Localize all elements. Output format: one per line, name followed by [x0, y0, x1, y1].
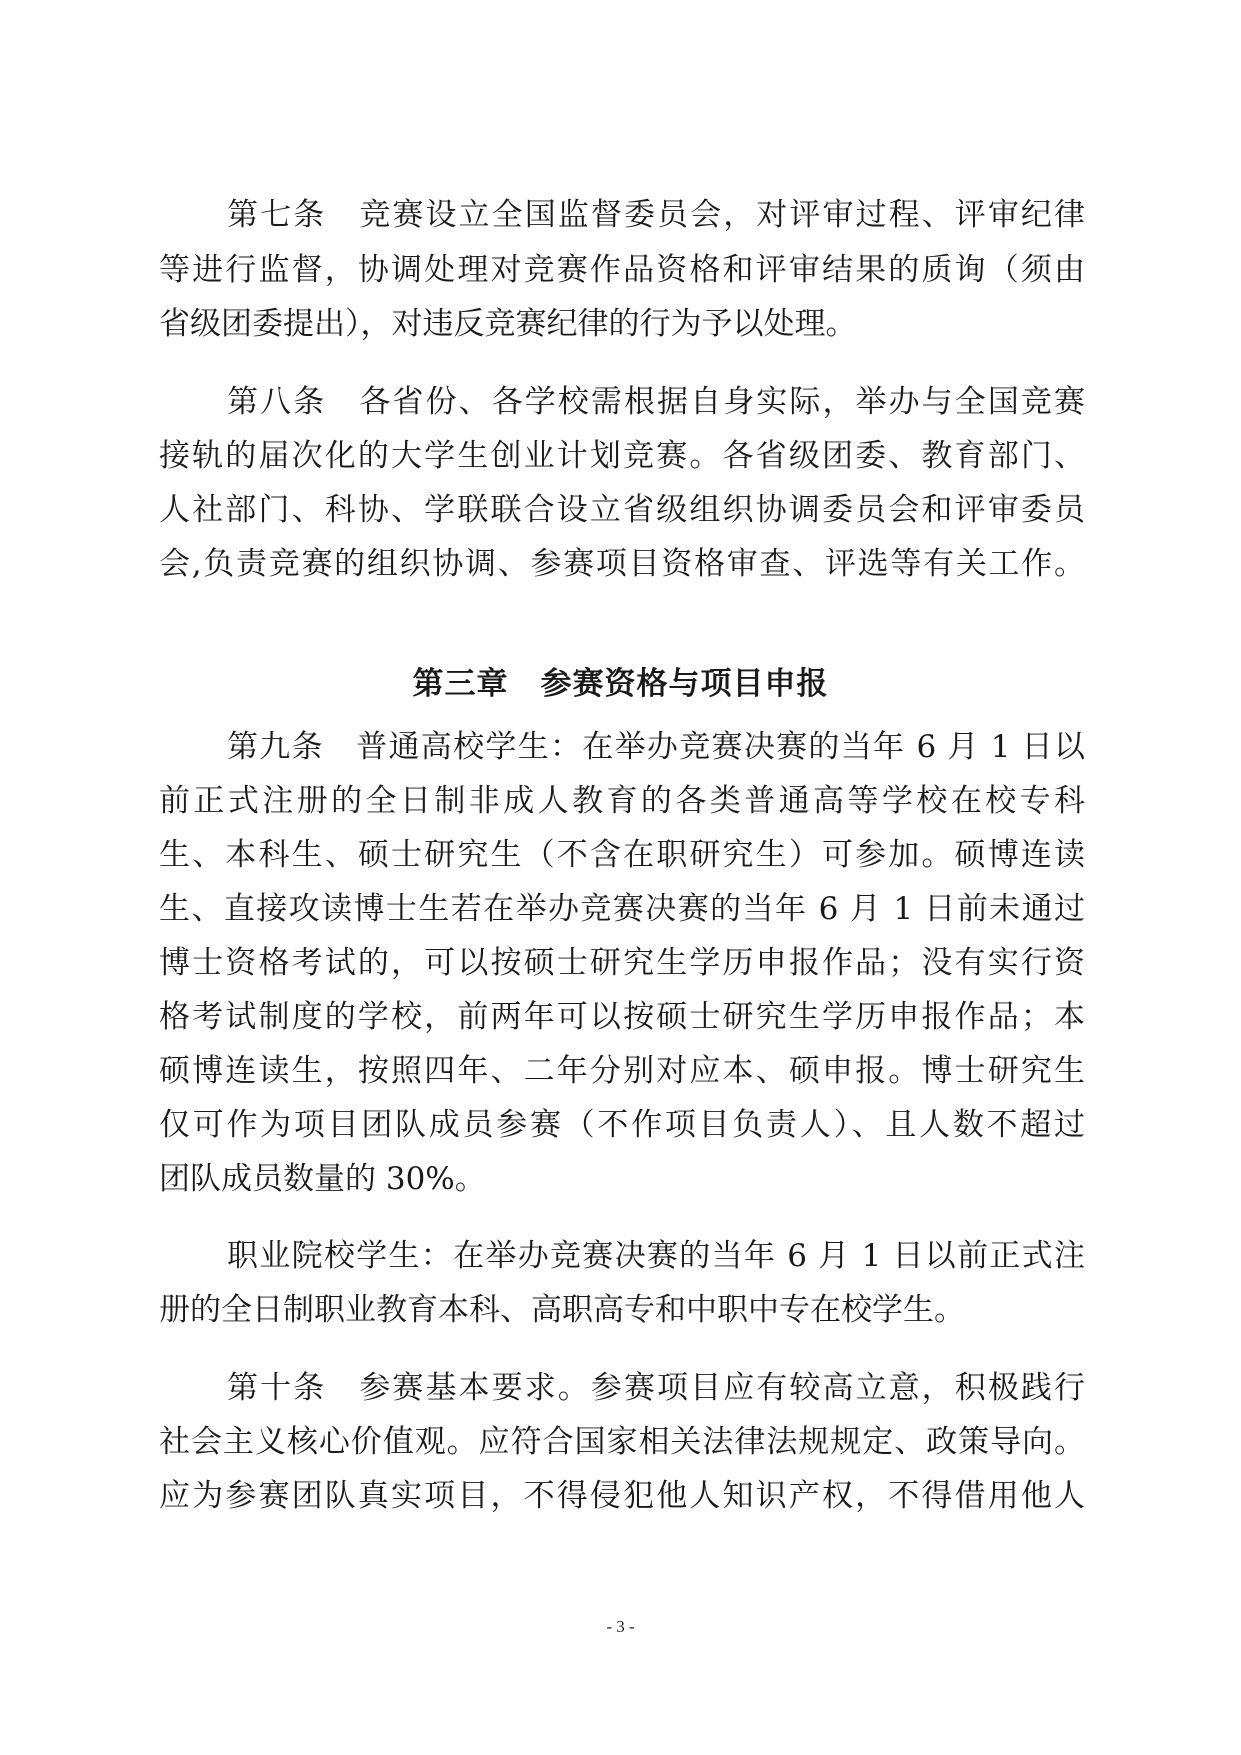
vocational-line-1: 职业院校学生：在举办竞赛决赛的当年 6 月 1 日以前正式注	[227, 1236, 1085, 1276]
article-9-line-8: 仅可作为项目团队成员参赛（不作项目负责人）、且人数不超过	[159, 1105, 1085, 1145]
vocational-line-2: 册的全日制职业教育本科、高职高专和中职中专在校学生。	[159, 1290, 1085, 1330]
article-8-line-1: 第八条 各省份、各学校需根据自身实际，举办与全国竞赛	[227, 382, 1085, 422]
article-7-line-2: 等进行监督，协调处理对竞赛作品资格和评审结果的质询（须由	[159, 250, 1085, 290]
article-9-line-7: 硕博连读生，按照四年、二年分别对应本、硕申报。博士研究生	[159, 1051, 1085, 1091]
article-9-line-1: 第九条 普通高校学生：在举办竞赛决赛的当年 6 月 1 日以	[227, 727, 1085, 767]
article-9-line-9: 团队成员数量的 30%。	[159, 1159, 1085, 1199]
article-9-line-3: 生、本科生、硕士研究生（不含在职研究生）可参加。硕博连读	[159, 835, 1085, 875]
article-7-line-3: 省级团委提出），对违反竞赛纪律的行为予以处理。	[159, 304, 1085, 344]
article-9-line-2: 前正式注册的全日制非成人教育的各类普通高等学校在校专科	[159, 781, 1085, 821]
article-10-line-1: 第十条 参赛基本要求。参赛项目应有较高立意，积极践行	[227, 1368, 1085, 1408]
article-8-line-2: 接轨的届次化的大学生创业计划竞赛。各省级团委、教育部门、	[159, 436, 1085, 476]
article-8-line-4: 会,负责竞赛的组织协调、参赛项目资格审查、评选等有关工作。	[159, 544, 1085, 584]
article-8-line-3: 人社部门、科协、学联联合设立省级组织协调委员会和评审委员	[159, 490, 1085, 530]
article-9-line-5: 博士资格考试的，可以按硕士研究生学历申报作品；没有实行资	[159, 943, 1085, 983]
article-10-line-2: 社会主义核心价值观。应符合国家相关法律法规规定、政策导向。	[159, 1422, 1085, 1462]
article-10-line-3: 应为参赛团队真实项目，不得侵犯他人知识产权，不得借用他人	[159, 1476, 1085, 1516]
document-page: 第七条 竞赛设立全国监督委员会，对评审过程、评审纪律 等进行监督，协调处理对竞赛…	[0, 0, 1241, 1755]
page-number: - 3 -	[0, 1617, 1241, 1637]
chapter-3-heading: 第三章 参赛资格与项目申报	[0, 664, 1241, 704]
article-9-line-6: 格考试制度的学校，前两年可以按硕士研究生学历申报作品；本	[159, 997, 1085, 1037]
article-9-line-4: 生、直接攻读博士生若在举办竞赛决赛的当年 6 月 1 日前未通过	[159, 889, 1085, 929]
article-7-line-1: 第七条 竞赛设立全国监督委员会，对评审过程、评审纪律	[227, 195, 1085, 235]
